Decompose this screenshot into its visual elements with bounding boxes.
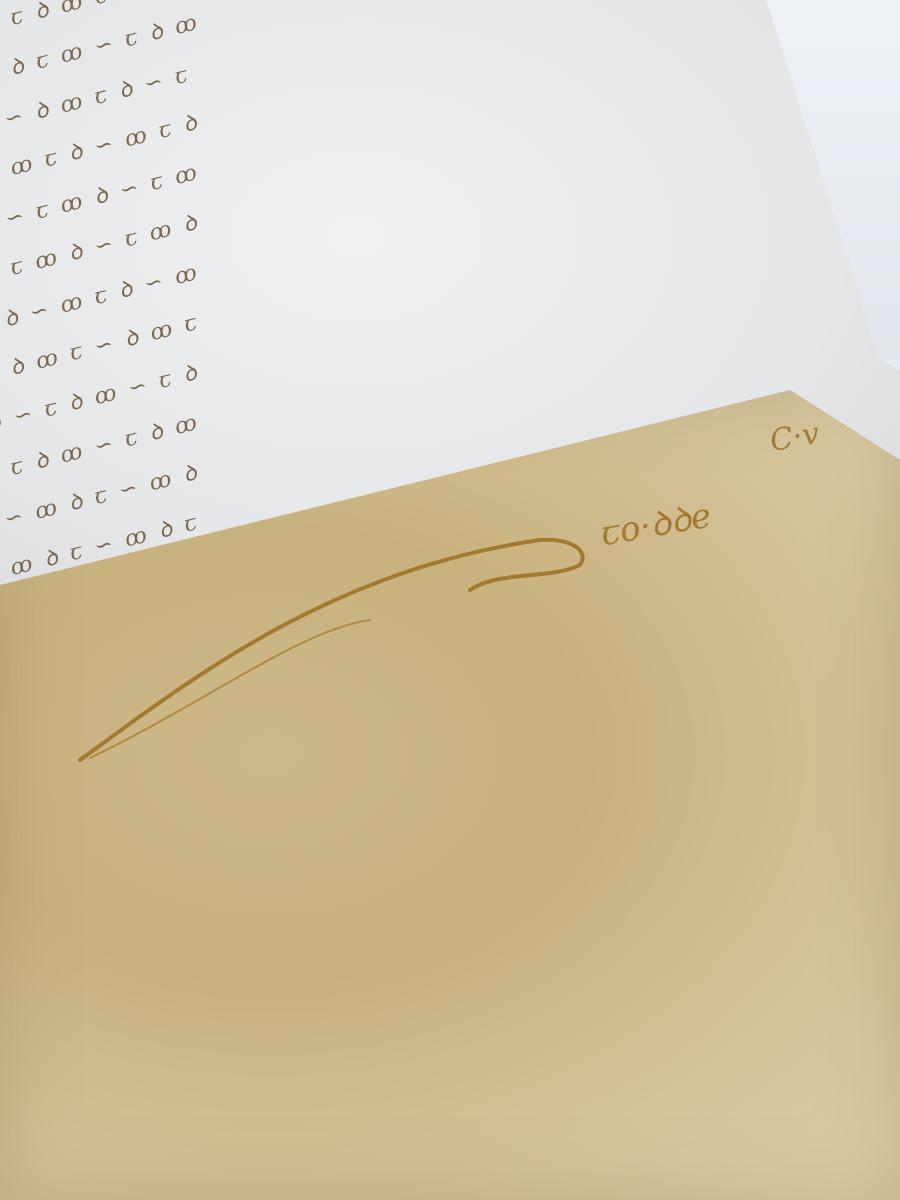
manuscript-photo: ∽ ꞇ ꝺ ꝏ ꞇ ∽ ꞇ ꝺ ∽ ꝺ ꞇ ꝏ ∽ ꞇ ꝺ ꝏ ꞇ ∽ ꝺ ꝏ … — [0, 0, 900, 1200]
signature-flourish-icon — [70, 510, 610, 770]
